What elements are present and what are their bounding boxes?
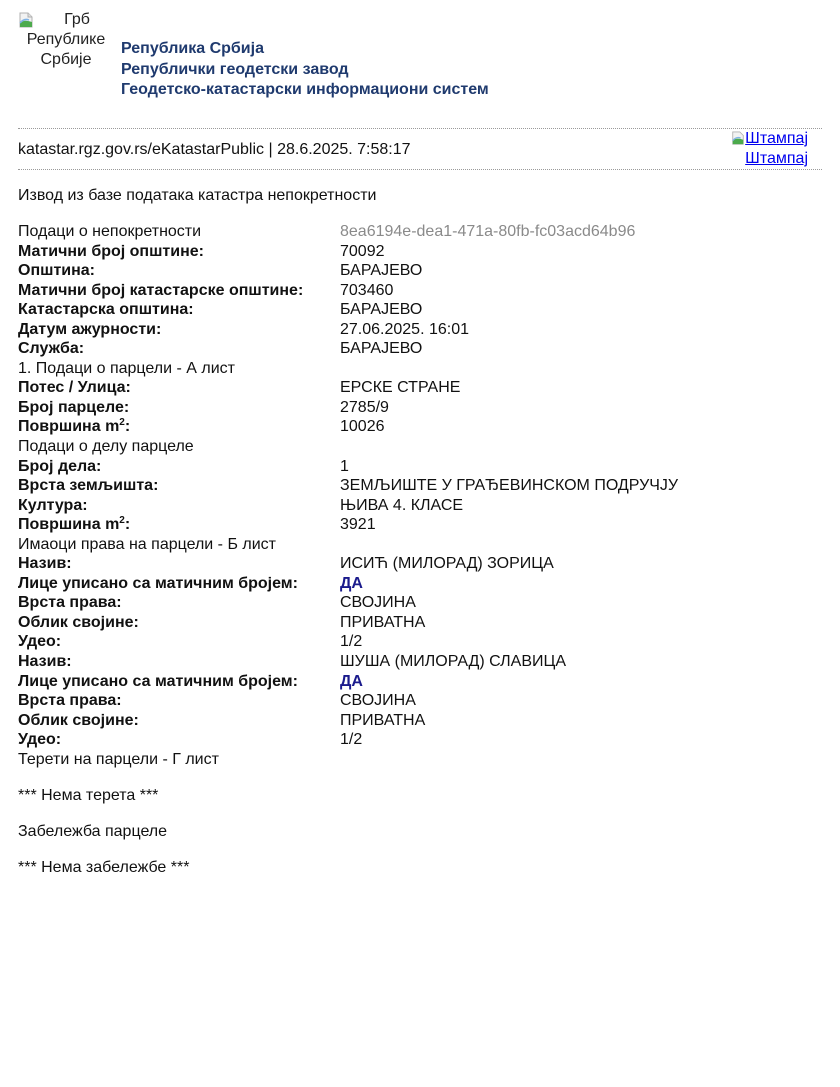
coat-of-arms-logo: Грб Републике Србије	[18, 10, 114, 70]
section-b-title: Имаоци права на парцели - Б лист	[18, 535, 818, 555]
update-date-row: Датум ажурности: 27.06.2025. 16:01	[18, 320, 818, 340]
owner-ownership-form-row: Облик својине: ПРИВАТНА	[18, 711, 818, 731]
section-a-title: 1. Подаци о парцели - А лист	[18, 359, 818, 379]
field-value: 1	[340, 457, 349, 477]
page-header: Грб Републике Србије Република Србија Ре…	[18, 10, 838, 110]
parcel-area-row: Површина m2: 10026	[18, 417, 818, 437]
field-value: 27.06.2025. 16:01	[340, 320, 469, 340]
field-value: 1/2	[340, 632, 362, 652]
part-area-row: Површина m2: 3921	[18, 515, 818, 535]
field-label: Назив:	[18, 652, 72, 672]
print-link[interactable]: Штампај	[745, 150, 808, 167]
registered-flag: ДА	[340, 574, 363, 594]
section-title: 1. Подаци о парцели - А лист	[18, 359, 235, 379]
field-label: Удео:	[18, 730, 61, 750]
part-number-row: Број дела: 1	[18, 457, 818, 477]
property-id-label: Подаци о непокретности	[18, 222, 201, 242]
section-title: Подаци о делу парцеле	[18, 437, 194, 457]
field-label: Катастарска општина:	[18, 300, 194, 320]
municipality-number-row: Матични број општине: 70092	[18, 242, 818, 262]
title-information-system: Геодетско-катастарски информациони систе…	[121, 80, 489, 101]
field-value: ЊИВА 4. КЛАСЕ	[340, 496, 463, 516]
parcel-number-row: Број парцеле: 2785/9	[18, 398, 818, 418]
section-g-title: Терети на парцели - Г лист	[18, 750, 818, 770]
owner-share-row: Удео: 1/2	[18, 632, 818, 652]
print-image-alt: Штампај	[745, 130, 808, 147]
registered-flag: ДА	[340, 672, 363, 692]
field-label: Број парцеле:	[18, 398, 129, 418]
owner-share-row: Удео: 1/2	[18, 730, 818, 750]
owner-right-type-row: Врста права: СВОЈИНА	[18, 593, 818, 613]
section-title: Терети на парцели - Г лист	[18, 750, 219, 770]
field-label: Потес / Улица:	[18, 378, 131, 398]
logo-alt-line-2: Републике	[18, 30, 114, 50]
field-label: Површина m2:	[18, 515, 130, 535]
logo-alt-line-3: Србије	[18, 50, 114, 70]
field-value: 1/2	[340, 730, 362, 750]
owner-registered-row: Лице уписано са матичним бројем: ДА	[18, 672, 818, 692]
property-id-row: Подаци о непокретности 8ea6194e-dea1-471…	[18, 222, 818, 242]
field-value: ПРИВАТНА	[340, 711, 425, 731]
field-value: СВОЈИНА	[340, 593, 416, 613]
field-label: Удео:	[18, 632, 61, 652]
field-label: Облик својине:	[18, 613, 139, 633]
institution-titles: Република Србија Републички геодетски за…	[121, 39, 489, 101]
no-notes-text: *** Нема забележбе ***	[18, 859, 189, 877]
no-encumbrances-text: *** Нема терета ***	[18, 787, 158, 805]
owner-name-row: Назив: ШУША (МИЛОРАД) СЛАВИЦА	[18, 652, 818, 672]
field-label: Површина m2:	[18, 417, 130, 437]
print-area: Штампај Штампај	[731, 129, 808, 169]
broken-image-icon	[731, 131, 745, 145]
field-label: Општина:	[18, 261, 95, 281]
print-image-link[interactable]: Штампај	[731, 130, 808, 147]
field-value: 70092	[340, 242, 385, 262]
property-details: Подаци о непокретности 8ea6194e-dea1-471…	[18, 222, 818, 769]
field-value: 3921	[340, 515, 376, 535]
field-value: ЕРСКЕ СТРАНЕ	[340, 378, 460, 398]
broken-image-icon	[18, 12, 34, 28]
municipality-row: Општина: БАРАЈЕВО	[18, 261, 818, 281]
divider-bottom	[18, 169, 822, 170]
source-timestamp: katastar.rgz.gov.rs/eKatastarPublic | 28…	[18, 141, 411, 159]
field-value: 10026	[340, 417, 385, 437]
owner-name: ШУША (МИЛОРАД) СЛАВИЦА	[340, 652, 566, 672]
cadastral-municipality-number-row: Матични број катастарске општине: 703460	[18, 281, 818, 301]
field-label: Лице уписано са матичним бројем:	[18, 672, 298, 692]
field-label: Лице уписано са матичним бројем:	[18, 574, 298, 594]
field-label: Назив:	[18, 554, 72, 574]
land-type-row: Врста земљишта: ЗЕМЉИШТЕ У ГРАЂЕВИНСКОМ …	[18, 476, 818, 496]
field-label: Матични број катастарске општине:	[18, 281, 303, 301]
office-row: Служба: БАРАЈЕВО	[18, 339, 818, 359]
field-label: Број дела:	[18, 457, 101, 477]
field-value: БАРАЈЕВО	[340, 300, 422, 320]
culture-row: Култура: ЊИВА 4. КЛАСЕ	[18, 496, 818, 516]
owner-ownership-form-row: Облик својине: ПРИВАТНА	[18, 613, 818, 633]
field-value: БАРАЈЕВО	[340, 261, 422, 281]
title-republic: Република Србија	[121, 39, 489, 60]
field-label: Облик својине:	[18, 711, 139, 731]
owner-name: ИСИЋ (МИЛОРАД) ЗОРИЦА	[340, 554, 554, 574]
document-title: Извод из базе података катастра непокрет…	[18, 187, 376, 205]
field-value: ПРИВАТНА	[340, 613, 425, 633]
field-value: 2785/9	[340, 398, 389, 418]
field-value: 703460	[340, 281, 393, 301]
property-id-value: 8ea6194e-dea1-471a-80fb-fc03acd64b96	[340, 222, 635, 242]
field-value: БАРАЈЕВО	[340, 339, 422, 359]
field-label: Врста земљишта:	[18, 476, 158, 496]
field-label: Датум ажурности:	[18, 320, 161, 340]
field-label: Матични број општине:	[18, 242, 204, 262]
section-title: Имаоци права на парцели - Б лист	[18, 535, 276, 555]
field-label: Служба:	[18, 339, 84, 359]
field-label: Врста права:	[18, 593, 122, 613]
owner-right-type-row: Врста права: СВОЈИНА	[18, 691, 818, 711]
field-value: ЗЕМЉИШТЕ У ГРАЂЕВИНСКОМ ПОДРУЧЈУ	[340, 476, 678, 496]
field-label: Врста права:	[18, 691, 122, 711]
owner-name-row: Назив: ИСИЋ (МИЛОРАД) ЗОРИЦА	[18, 554, 818, 574]
title-geodetic-authority: Републички геодетски завод	[121, 60, 489, 81]
owner-registered-row: Лице уписано са матичним бројем: ДА	[18, 574, 818, 594]
field-value: СВОЈИНА	[340, 691, 416, 711]
parcel-part-title: Подаци о делу парцеле	[18, 437, 818, 457]
cadastral-municipality-row: Катастарска општина: БАРАЈЕВО	[18, 300, 818, 320]
divider-top	[18, 128, 822, 129]
field-label: Култура:	[18, 496, 88, 516]
parcel-notes-title: Забележба парцеле	[18, 823, 167, 841]
locality-street-row: Потес / Улица: ЕРСКЕ СТРАНЕ	[18, 378, 818, 398]
